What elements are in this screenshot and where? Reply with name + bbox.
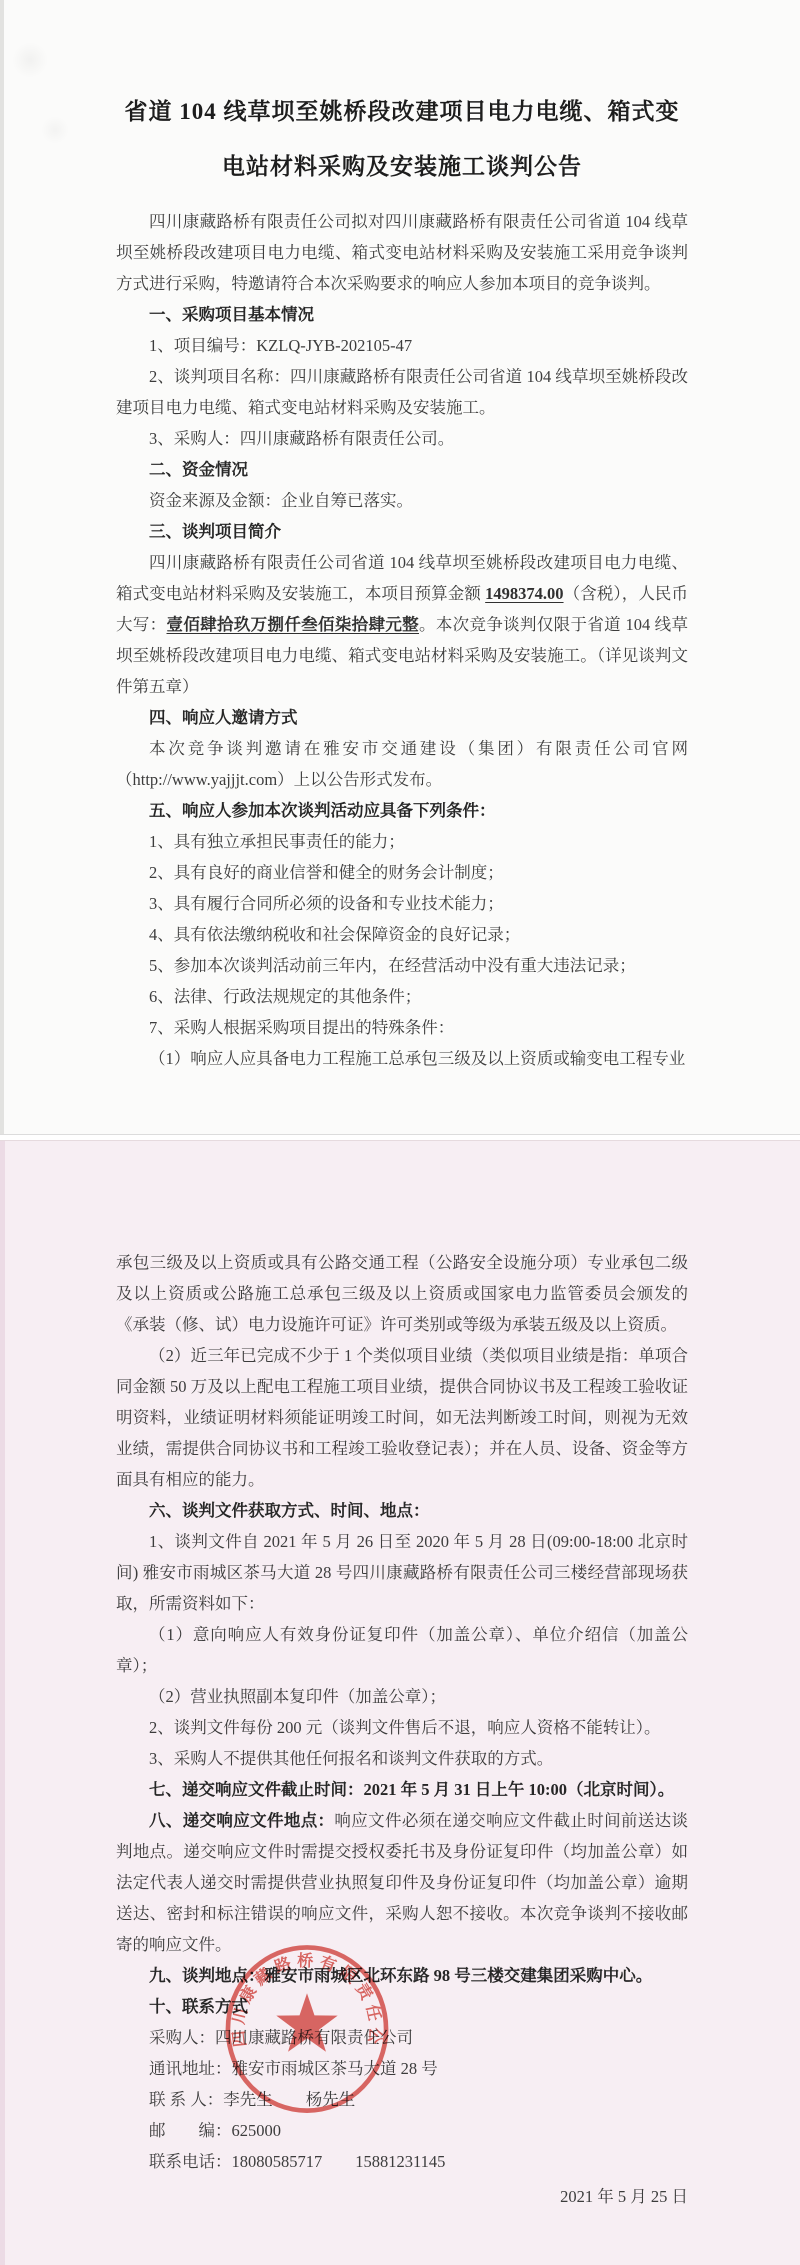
document-obtain-sub-2: （2）营业执照副本复印件（加盖公章）；	[116, 1681, 688, 1712]
section-5-heading: 五、响应人参加本次谈判活动应具备下列条件：	[116, 795, 688, 826]
project-brief-paragraph: 四川康藏路桥有限责任公司省道 104 线草坝至姚桥段改建项目电力电缆、箱式变电站…	[116, 547, 688, 702]
contact-person: 联 系 人：李先生 杨先生	[116, 2084, 688, 2115]
document-obtain-item-1: 1、谈判文件自 2021 年 5 月 26 日至 2020 年 5 月 28 日…	[116, 1526, 688, 1619]
condition-item-3: 3、具有履行合同所必须的设备和专业技术能力；	[116, 888, 688, 919]
section-8-paragraph: 八、递交响应文件地点：响应文件必须在递交响应文件截止时间前送达谈判地点。递交响应…	[116, 1805, 688, 1960]
special-condition-2: （2）近三年已完成不少于 1 个类似项目业绩（类似项目业绩是指：单项合同金额 5…	[116, 1340, 688, 1495]
section-8-body: 响应文件必须在递交响应文件截止时间前送达谈判地点。递交响应文件时需提交授权委托书…	[116, 1811, 688, 1954]
condition-item-7: 7、采购人根据采购项目提出的特殊条件：	[116, 1012, 688, 1043]
document-title-line-2: 电站材料采购及安装施工谈判公告	[116, 139, 688, 194]
contact-phone: 联系电话：18080585717 15881231145	[116, 2146, 688, 2177]
funding-paragraph: 资金来源及金额：企业自筹已落实。	[116, 485, 688, 516]
page-divider	[0, 1134, 800, 1141]
section-10-heading: 十、联系方式	[116, 1991, 688, 2022]
condition-item-1: 1、具有独立承担民事责任的能力；	[116, 826, 688, 857]
section-2-heading: 二、资金情况	[116, 454, 688, 485]
intro-paragraph: 四川康藏路桥有限责任公司拟对四川康藏路桥有限责任公司省道 104 线草坝至姚桥段…	[116, 206, 688, 299]
section-9-heading: 九、谈判地点：雅安市雨城区北环东路 98 号三楼交建集团采购中心。	[116, 1960, 688, 1991]
project-name-item: 2、谈判项目名称：四川康藏路桥有限责任公司省道 104 线草坝至姚桥段改建项目电…	[116, 361, 688, 423]
contact-purchaser: 采购人：四川康藏路桥有限责任公司	[116, 2022, 688, 2053]
section-7-heading: 七、递交响应文件截止时间：2021 年 5 月 31 日上午 10:00（北京时…	[116, 1774, 688, 1805]
invitation-paragraph: 本次竞争谈判邀请在雅安市交通建设（集团）有限责任公司官网（http://www.…	[116, 733, 688, 795]
condition-item-4: 4、具有依法缴纳税收和社会保障资金的良好记录；	[116, 919, 688, 950]
condition-item-2: 2、具有良好的商业信誉和健全的财务会计制度；	[116, 857, 688, 888]
special-condition-1-continued: 承包三级及以上资质或具有公路交通工程（公路安全设施分项）专业承包二级及以上资质或…	[116, 1247, 688, 1340]
page-1: 省道 104 线草坝至姚桥段改建项目电力电缆、箱式变 电站材料采购及安装施工谈判…	[0, 0, 800, 1134]
section-4-heading: 四、响应人邀请方式	[116, 702, 688, 733]
document-obtain-sub-1: （1）意向响应人有效身份证复印件（加盖公章）、单位介绍信（加盖公章）；	[116, 1619, 688, 1681]
page-2: 承包三级及以上资质或具有公路交通工程（公路安全设施分项）专业承包二级及以上资质或…	[0, 1141, 800, 2265]
contact-zip-code: 邮 编：625000	[116, 2115, 688, 2146]
document-obtain-item-3: 3、采购人不提供其他任何报名和谈判文件获取的方式。	[116, 1743, 688, 1774]
budget-amount: 1498374.00	[485, 584, 563, 603]
condition-item-5: 5、参加本次谈判活动前三年内，在经营活动中没有重大违法记录；	[116, 950, 688, 981]
document-obtain-item-2: 2、谈判文件每份 200 元（谈判文件售后不退，响应人资格不能转让）。	[116, 1712, 688, 1743]
section-3-heading: 三、谈判项目简介	[116, 516, 688, 547]
special-condition-1: （1）响应人应具备电力工程施工总承包三级及以上资质或输变电工程专业	[116, 1043, 688, 1074]
condition-item-6: 6、法律、行政法规规定的其他条件；	[116, 981, 688, 1012]
announcement-date: 2021 年 5 月 25 日	[116, 2181, 688, 2212]
section-1-heading: 一、采购项目基本情况	[116, 299, 688, 330]
purchaser-item: 3、采购人：四川康藏路桥有限责任公司。	[116, 423, 688, 454]
project-number-item: 1、项目编号：KZLQ-JYB-202105-47	[116, 330, 688, 361]
budget-amount-chinese: 壹佰肆拾玖万捌仟叁佰柒拾肆元整	[167, 615, 420, 634]
section-8-label: 八、递交响应文件地点：	[149, 1811, 334, 1830]
contact-address: 通讯地址：雅安市雨城区茶马大道 28 号	[116, 2053, 688, 2084]
section-6-heading: 六、谈判文件获取方式、时间、地点：	[116, 1495, 688, 1526]
document-title-line-1: 省道 104 线草坝至姚桥段改建项目电力电缆、箱式变	[116, 84, 688, 139]
